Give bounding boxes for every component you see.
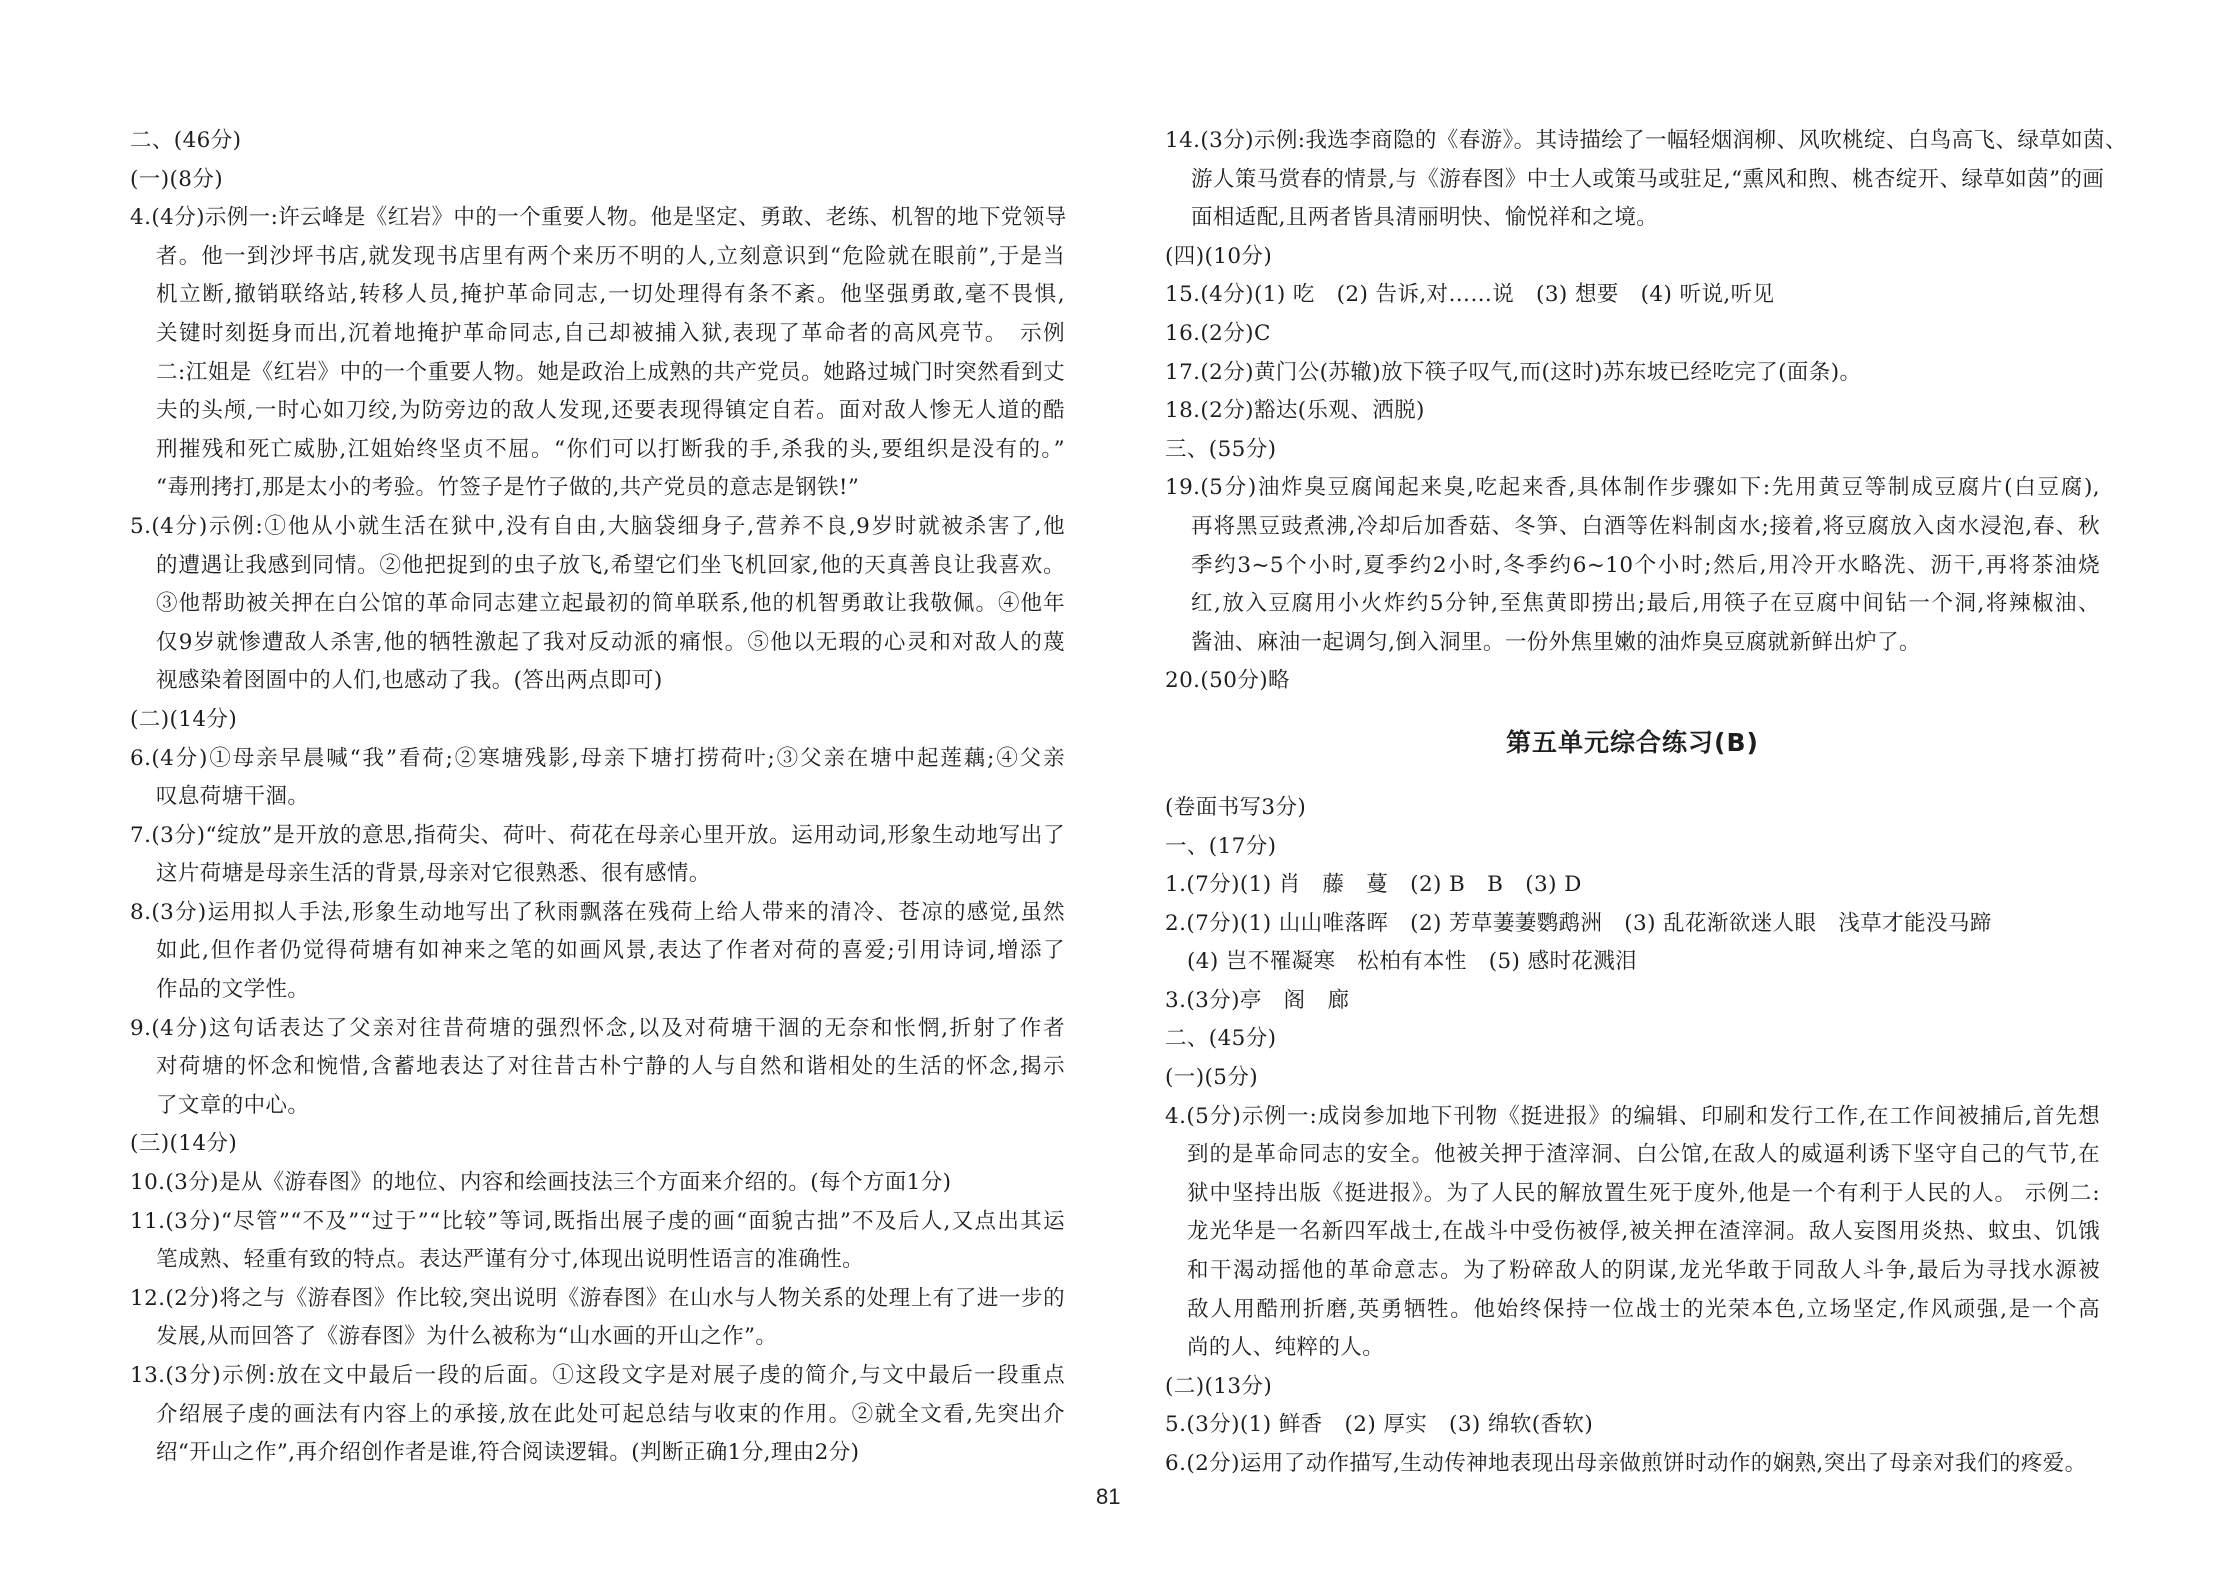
answer-line: 18.(2分)豁达(乐观、洒脱) <box>1165 392 2100 431</box>
answer-line: 关键时刻挺身而出,沉着地掩护革命同志,自己却被捕入狱,表现了革命者的高风亮节。 … <box>130 315 1065 354</box>
answer-line: 龙光华是一名新四军战士,在战斗中受伤被俘,被关押在渣滓洞。敌人妄图用炎热、蚊虫、… <box>1165 1213 2100 1252</box>
answer-line: 4.(5分)示例一:成岗参加地下刊物《挺进报》的编辑、印刷和发行工作,在工作间被… <box>1165 1098 2100 1137</box>
answer-line: 15.(4分)(1) 吃 (2) 告诉,对……说 (3) 想要 (4) 听说,听… <box>1165 276 2100 315</box>
answer-line: ③他帮助被关押在白公馆的革命同志建立起最初的简单联系,他的机智勇敢让我敬佩。④他… <box>130 585 1065 624</box>
answer-line: 面相适配,且两者皆具清丽明快、愉悦祥和之境。 <box>1165 199 2100 238</box>
answer-line: 3.(3分)亭 阁 廊 <box>1165 982 2100 1021</box>
left-column: 二、(46分) (一)(8分) 4.(4分)示例一:许云峰是《红岩》中的一个重要… <box>130 122 1065 1473</box>
answer-line: 了文章的中心。 <box>130 1087 1065 1126</box>
answer-line: 叹息荷塘干涸。 <box>130 778 1065 817</box>
answer-line: 狱中坚持出版《挺进报》。为了人民的解放置生死于度外,他是一个有利于人民的人。 示… <box>1165 1175 2100 1214</box>
answer-line: 19.(5分)油炸臭豆腐闻起来臭,吃起来香,具体制作步骤如下:先用黄豆等制成豆腐… <box>1165 469 2100 508</box>
answer-line: 10.(3分)是从《游春图》的地位、内容和绘画技法三个方面来介绍的。(每个方面1… <box>130 1164 1065 1203</box>
answer-line: 1.(7分)(1) 肖 藤 蔓 (2) B B (3) D <box>1165 866 2100 905</box>
answer-line: 16.(2分)C <box>1165 315 2100 354</box>
subsection-heading: (二)(14分) <box>130 701 1065 740</box>
answer-line: 季约3~5个小时,夏季约2小时,冬季约6~10个小时;然后,用冷开水略洗、沥干,… <box>1165 547 2100 586</box>
page-number: 81 <box>1096 1484 1120 1510</box>
subsection-heading: (四)(10分) <box>1165 238 2100 277</box>
answer-line: 尚的人、纯粹的人。 <box>1165 1329 2100 1368</box>
answer-line: 刑摧残和死亡威胁,江姐始终坚贞不屈。“你们可以打断我的手,杀我的头,要组织是没有… <box>130 431 1065 470</box>
answer-line: 6.(4分)①母亲早晨喊“我”看荷;②寒塘残影,母亲下塘打捞荷叶;③父亲在塘中起… <box>130 740 1065 779</box>
answer-line: 机立断,撤销联络站,转移人员,掩护革命同志,一切处理得有条不紊。他坚强勇敢,毫不… <box>130 276 1065 315</box>
answer-line: 的遭遇让我感到同情。②他把捉到的虫子放飞,希望它们坐飞机回家,他的天真善良让我喜… <box>130 547 1065 586</box>
answer-line: 再将黑豆豉煮沸,冷却后加香菇、冬笋、白酒等佐料制卤水;接着,将豆腐放入卤水浸泡,… <box>1165 508 2100 547</box>
section-heading: 三、(55分) <box>1165 431 2100 470</box>
subsection-heading: (二)(13分) <box>1165 1368 2100 1407</box>
answer-line: 14.(3分)示例:我选李商隐的《春游》。其诗描绘了一幅轻烟润柳、风吹桃绽、白鸟… <box>1165 122 2100 161</box>
answer-line: “毒刑拷打,那是太小的考验。竹签子是竹子做的,共产党员的意志是钢铁!” <box>130 469 1065 508</box>
unit-title: 第五单元综合练习(B) <box>1165 701 2100 789</box>
note-line: (卷面书写3分) <box>1165 789 2100 828</box>
answer-line: (4) 岂不罹凝寒 松柏有本性 (5) 感时花溅泪 <box>1165 943 2100 982</box>
answer-line: 游人策马赏春的情景,与《游春图》中士人或策马或驻足,“熏风和煦、桃杏绽开、绿草如… <box>1165 161 2100 200</box>
subsection-heading: (一)(5分) <box>1165 1059 2100 1098</box>
answer-line: 13.(3分)示例:放在文中最后一段的后面。①这段文字是对展子虔的简介,与文中最… <box>130 1357 1065 1396</box>
answer-line: 酱油、麻油一起调匀,倒入洞里。一份外焦里嫩的油炸臭豆腐就新鲜出炉了。 <box>1165 624 2100 663</box>
answer-line: 对荷塘的怀念和惋惜,含蓄地表达了对往昔古朴宁静的人与自然和谐相处的生活的怀念,揭… <box>130 1048 1065 1087</box>
answer-line: 7.(3分)“绽放”是开放的意思,指荷尖、荷叶、荷花在母亲心里开放。运用动词,形… <box>130 817 1065 856</box>
section-heading: 二、(46分) <box>130 122 1065 161</box>
answer-line: 笔成熟、轻重有致的特点。表达严谨有分寸,体现出说明性语言的准确性。 <box>130 1241 1065 1280</box>
answer-line: 绍“开山之作”,再介绍创作者是谁,符合阅读逻辑。(判断正确1分,理由2分) <box>130 1434 1065 1473</box>
answer-line: 者。他一到沙坪书店,就发现书店里有两个来历不明的人,立刻意识到“危险就在眼前”,… <box>130 238 1065 277</box>
answer-line: 作品的文学性。 <box>130 971 1065 1010</box>
answer-line: 如此,但作者仍觉得荷塘有如神来之笔的如画风景,表达了作者对荷的喜爱;引用诗词,增… <box>130 932 1065 971</box>
answer-line: 5.(4分)示例:①他从小就生活在狱中,没有自由,大脑袋细身子,营养不良,9岁时… <box>130 508 1065 547</box>
section-heading: 二、(45分) <box>1165 1020 2100 1059</box>
right-column: 14.(3分)示例:我选李商隐的《春游》。其诗描绘了一幅轻烟润柳、风吹桃绽、白鸟… <box>1165 122 2100 1484</box>
answer-line: 8.(3分)运用拟人手法,形象生动地写出了秋雨飘落在残荷上给人带来的清冷、苍凉的… <box>130 894 1065 933</box>
answer-line: 仅9岁就惨遭敌人杀害,他的牺牲激起了我对反动派的痛恨。⑤他以无瑕的心灵和对敌人的… <box>130 624 1065 663</box>
answer-line: 12.(2分)将之与《游春图》作比较,突出说明《游春图》在山水与人物关系的处理上… <box>130 1280 1065 1319</box>
answer-line: 这片荷塘是母亲生活的背景,母亲对它很熟悉、很有感情。 <box>130 855 1065 894</box>
answer-line: 夫的头颅,一时心如刀绞,为防旁边的敌人发现,还要表现得镇定自若。面对敌人惨无人道… <box>130 392 1065 431</box>
answer-line: 5.(3分)(1) 鲜香 (2) 厚实 (3) 绵软(香软) <box>1165 1406 2100 1445</box>
answer-line: 发展,从而回答了《游春图》为什么被称为“山水画的开山之作”。 <box>130 1318 1065 1357</box>
answer-line: 9.(4分)这句话表达了父亲对往昔荷塘的强烈怀念,以及对荷塘干涸的无奈和怅惘,折… <box>130 1010 1065 1049</box>
answer-line: 到的是革命同志的安全。他被关押于渣滓洞、白公馆,在敌人的威逼利诱下坚守自己的气节… <box>1165 1136 2100 1175</box>
answer-line: 视感染着囹圄中的人们,也感动了我。(答出两点即可) <box>130 662 1065 701</box>
section-heading: 一、(17分) <box>1165 828 2100 867</box>
answer-line: 敌人用酷刑折磨,英勇牺牲。他始终保持一位战士的光荣本色,立场坚定,作风顽强,是一… <box>1165 1291 2100 1330</box>
answer-line: 红,放入豆腐用小火炸约5分钟,至焦黄即捞出;最后,用筷子在豆腐中间钻一个洞,将辣… <box>1165 585 2100 624</box>
answer-line: 4.(4分)示例一:许云峰是《红岩》中的一个重要人物。他是坚定、勇敢、老练、机智… <box>130 199 1065 238</box>
answer-line: 6.(2分)运用了动作描写,生动传神地表现出母亲做煎饼时动作的娴熟,突出了母亲对… <box>1165 1445 2100 1484</box>
answer-line: 20.(50分)略 <box>1165 662 2100 701</box>
answer-line: 和干渴动摇他的革命意志。为了粉碎敌人的阴谋,龙光华敢于同敌人斗争,最后为寻找水源… <box>1165 1252 2100 1291</box>
answer-line: 二:江姐是《红岩》中的一个重要人物。她是政治上成熟的共产党员。她路过城门时突然看… <box>130 354 1065 393</box>
subsection-heading: (三)(14分) <box>130 1125 1065 1164</box>
subsection-heading: (一)(8分) <box>130 161 1065 200</box>
answer-line: 介绍展子虔的画法有内容上的承接,放在此处可起总结与收束的作用。②就全文看,先突出… <box>130 1396 1065 1435</box>
answer-line: 2.(7分)(1) 山山唯落晖 (2) 芳草萋萋鹦鹉洲 (3) 乱花渐欲迷人眼 … <box>1165 905 2100 944</box>
answer-line: 17.(2分)黄门公(苏辙)放下筷子叹气,而(这时)苏东坡已经吃完了(面条)。 <box>1165 354 2100 393</box>
answer-line: 11.(3分)“尽管”“不及”“过于”“比较”等词,既指出展子虔的画“面貌古拙”… <box>130 1203 1065 1242</box>
